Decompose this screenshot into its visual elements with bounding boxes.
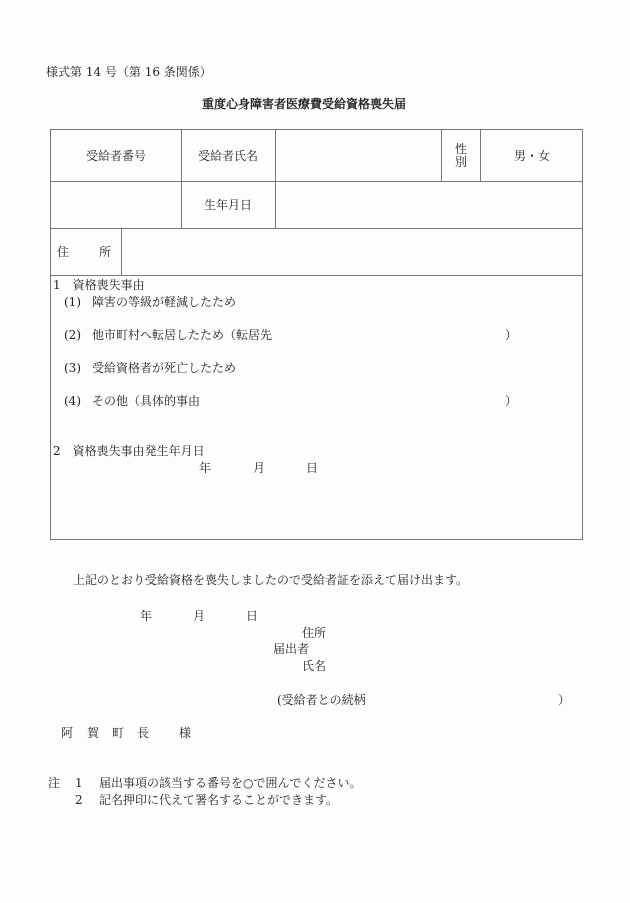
table-col-divider [480,129,481,181]
gender-label-line2: 別 [455,155,467,169]
addressee-char: 阿 [61,726,73,740]
birthdate-label: 生年月日 [204,198,252,212]
recipient-number-label: 受給者番号 [86,149,146,163]
relationship-label: (受給者との続柄 [277,693,366,707]
addressee-honorific: 様 [179,726,191,740]
reason-number[interactable]: (4) [64,394,81,408]
reason-number[interactable]: (2) [64,328,81,342]
note-text: 記名押印に代えて署名することができます。 [99,793,338,807]
gender-label-line1: 性 [455,142,467,156]
address-label-2: 所 [99,245,111,259]
section2-heading: 2 資格喪失事由発生年月日 [53,444,205,458]
relationship-field[interactable] [375,690,555,708]
submission-date-month: 月 [193,609,205,623]
table-row-divider [50,275,583,276]
other-reason-field[interactable] [216,391,501,409]
loss-date-field[interactable] [140,459,320,477]
table-col-divider [275,129,276,228]
table-row-divider [50,181,583,182]
reason-text: 他市町村へ転居したため（転居先 [92,328,272,342]
recipient-name-label: 受給者氏名 [198,149,258,163]
notes-prefix: 注 [48,776,60,790]
reason-text: 受給資格者が死亡したため [92,361,236,375]
addressee-char: 長 [137,726,149,740]
table-row-divider [50,228,583,229]
reason-close-paren: ） [505,328,517,342]
reason-text: その他（具体的事由 [92,394,200,408]
note-number: 2 [75,793,83,807]
new-address-field[interactable] [296,325,501,343]
addressee-char: 賀 [87,726,99,740]
table-col-divider [441,129,442,181]
notifier-name-label: 氏名 [302,659,326,673]
address-field[interactable] [123,230,582,274]
notifier-label: 届出者 [273,642,309,656]
note-number: 1 [75,776,83,790]
reason-text: 障害の等級が軽減したため [92,295,236,309]
notifier-address-field[interactable] [330,624,570,641]
gender-options[interactable]: 男・女 [514,149,550,163]
document-title: 重度心身障害者医療費受給資格喪失届 [202,97,406,111]
declaration-statement: 上記のとおり受給資格を喪失しましたので受給者証を添えて届け出ます。 [73,573,468,587]
recipient-number-field[interactable] [52,183,180,227]
form-number: 様式第 14 号（第 16 条関係） [46,65,212,79]
notifier-name-field[interactable] [330,657,570,674]
note-text: 届出事項の該当する番号を○で囲んでください。 [99,776,361,790]
reason-number[interactable]: (3) [64,361,81,375]
birthdate-field[interactable] [277,183,582,227]
submission-date-day: 日 [246,609,258,623]
notifier-address-label: 住所 [302,626,326,640]
relationship-close-paren: ） [558,693,570,707]
addressee-char: 町 [112,726,124,740]
submission-date-year: 年 [140,609,152,623]
reason-number[interactable]: (1) [64,295,81,309]
table-col-divider [121,228,122,275]
section1-heading: 1 資格喪失事由 [53,278,145,292]
table-col-divider [181,129,182,228]
recipient-name-field[interactable] [277,131,439,179]
address-label-1: 住 [57,245,69,259]
reason-close-paren: ） [505,394,517,408]
